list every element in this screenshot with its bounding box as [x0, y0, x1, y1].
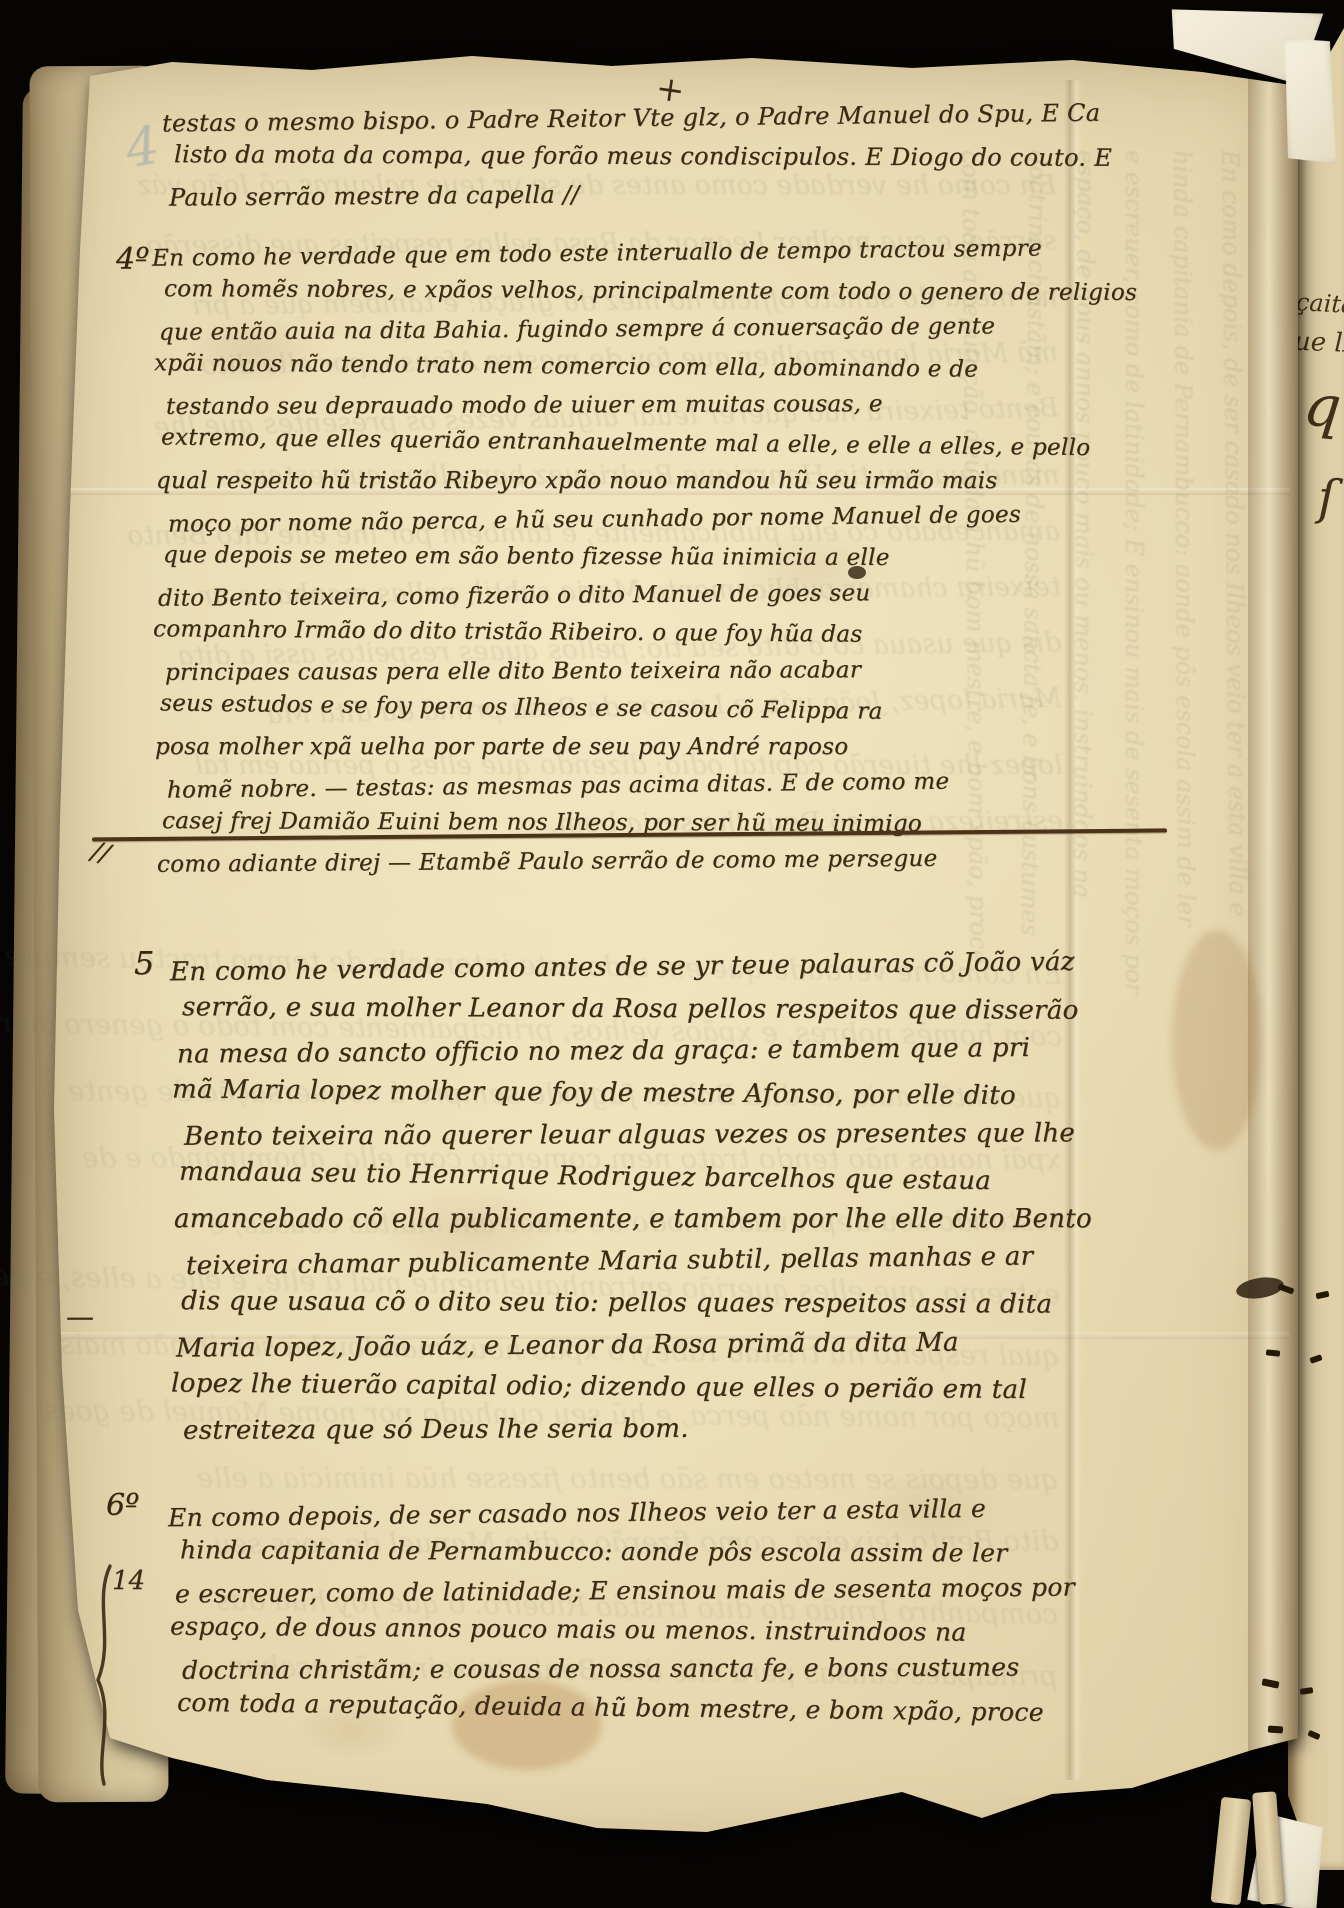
manuscript-line-struck: casej frej Damião Euini bem nos Ilheos, …	[162, 808, 1137, 850]
manuscript-line: e escreuer, como de latinidade; E ensino…	[175, 1573, 1075, 1619]
manuscript-line: mã Maria lopez molher que foy de mestre …	[172, 1074, 1092, 1123]
adjacent-page-text-fragment: q	[1301, 370, 1344, 442]
manuscript-line: doctrina christãm; e cousas de nossa san…	[182, 1652, 1075, 1694]
manuscript-line: posa molher xpã uelha por parte de seu p…	[155, 734, 1137, 772]
stain	[1172, 930, 1262, 1150]
manuscript-line: que depois se meteo em são bento fizesse…	[163, 542, 1137, 584]
manuscript-line: companhro Irmão do dito tristão Ribeiro.…	[153, 616, 1137, 662]
adjacent-page-text-fragment: ſ	[1318, 470, 1337, 526]
manuscript-line: extremo, que elles querião entranhauelme…	[161, 424, 1137, 473]
manuscript-line: Maria lopez, João uáz, e Leanor da Rosa …	[176, 1326, 1092, 1375]
manuscript-line: amancebado cõ ella publicamente, e tambe…	[174, 1204, 1092, 1246]
manuscript-line: estreiteza que só Deus lhe seria bom.	[183, 1412, 1092, 1457]
manuscript-line: Paulo serrão mestre da capella //	[169, 176, 1112, 221]
margin-dash: —	[66, 1300, 94, 1333]
margin-note-14: 14	[112, 1566, 145, 1596]
manuscript-line: lopez lhe tiuerão capital odio; dizendo …	[171, 1368, 1092, 1417]
manuscript-line: espaço, de dous annos pouco mais ou meno…	[170, 1612, 1075, 1658]
section-6-paragraph: En como depois, de ser casado nos Ilheos…	[168, 1498, 1075, 1732]
manuscript-line: com toda a reputação, deuida a hũ bom me…	[177, 1688, 1075, 1737]
manuscript-line: serrão, e sua molher Leanor da Rosa pell…	[182, 992, 1092, 1037]
manuscript-line: teixeira chamar publicamente Maria subti…	[186, 1241, 1092, 1293]
manuscript-line: qual respeito hũ tristão Ribeyro xpão no…	[156, 468, 1137, 506]
manuscript-line: como adiante direj — Etambẽ Paulo serrão…	[157, 844, 1137, 890]
section-5-paragraph: En como he verdade como antes de se yr t…	[170, 952, 1092, 1456]
manuscript-line: hinda capitania de Pernambucco: aonde pô…	[180, 1535, 1075, 1577]
section-marker-4: 4º	[116, 242, 149, 277]
section-4-paragraph: En como he verdade que em todo este inte…	[152, 240, 1137, 886]
manuscript-line: na mesa do sancto officio no mez da graç…	[177, 1032, 1092, 1081]
manuscript-line: mandaua seu tio Henrrique Rodriguez barc…	[179, 1157, 1092, 1210]
ink-blot	[848, 566, 866, 579]
manuscript-line: com homẽs nobres, e xpãos velhos, princi…	[164, 276, 1137, 318]
section-marker-5: 5	[134, 944, 154, 982]
section-marker-6: 6º	[106, 1488, 139, 1523]
manuscript-scan: { "document": { "description": "Scanned …	[0, 0, 1344, 1908]
manuscript-line: seus estudos e se foy pera os Ilheos e s…	[160, 690, 1137, 739]
intro-paragraph: testas o mesmo bispo. o Padre Reitor Vte…	[162, 104, 1112, 218]
stitch-mark	[1268, 1725, 1283, 1733]
manuscript-line: En como he verdade como antes de se yr t…	[170, 947, 1092, 1000]
binding-fold	[1248, 70, 1298, 1770]
adjacent-page-text-fragment: çaitão	[1295, 288, 1344, 320]
manuscript-line: Bento teixeira não querer leuar alguas v…	[184, 1118, 1092, 1163]
manuscript-line: listo da mota da compa, que forão meus c…	[174, 140, 1112, 182]
adjacent-page-text-fragment: ue lB	[1293, 327, 1344, 359]
manuscript-line: dis que usaua cõ o dito seu tio: pellos …	[181, 1286, 1092, 1331]
manuscript-line: xpãi nouos não tendo trato nem comercio …	[154, 350, 1137, 396]
